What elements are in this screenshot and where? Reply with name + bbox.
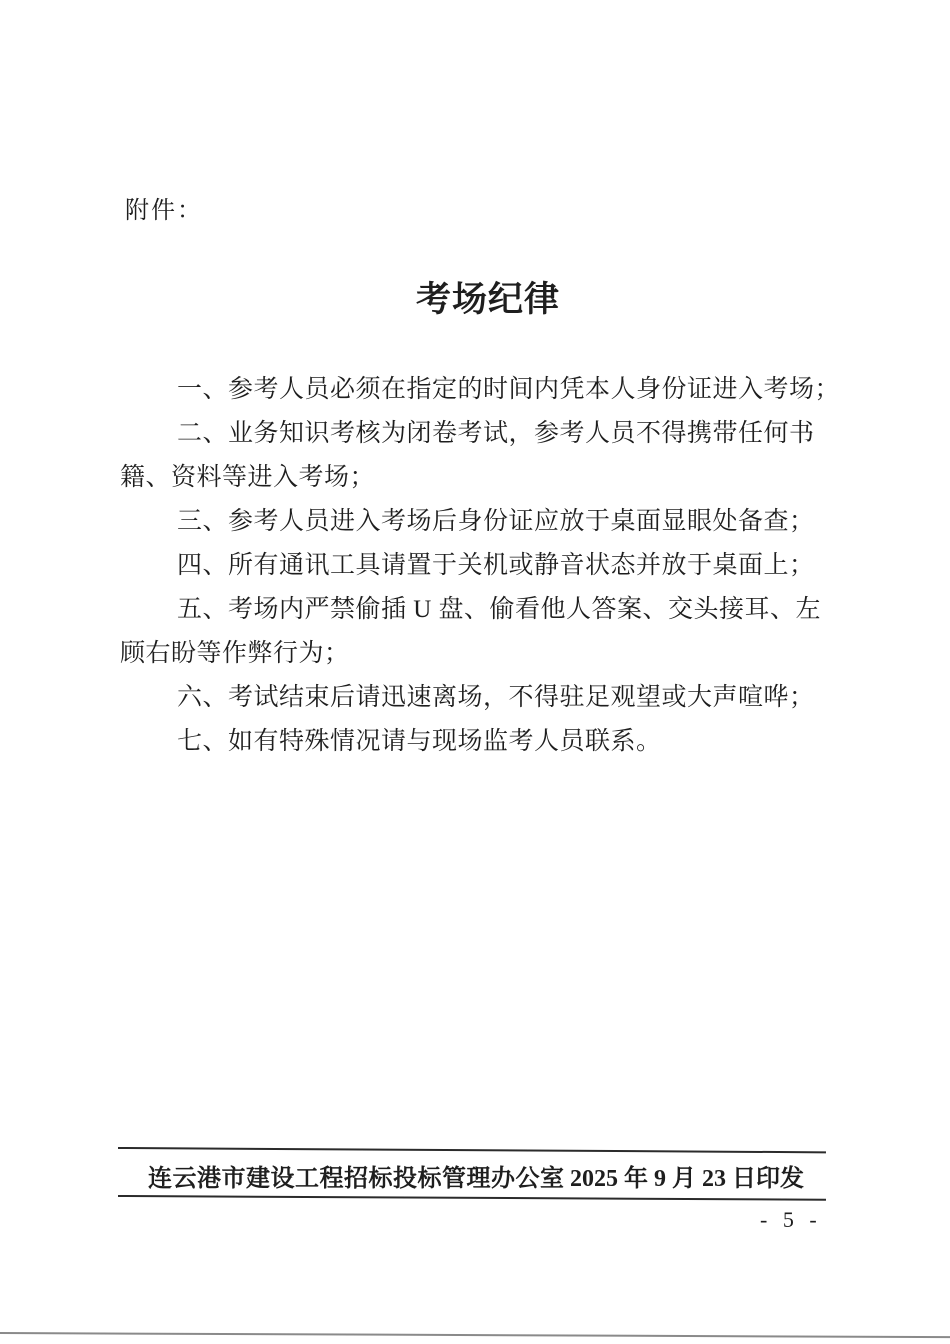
rules-body: 一、参考人员必须在指定的时间内凭本人身份证进入考场； 二、业务知识考核为闭卷考试… [120,368,836,764]
issuer-name: 连云港市建设工程招标投标管理办公室 [118,1158,565,1193]
rule-line-7: 七、如有特殊情况请与现场监考人员联系。 [120,720,836,764]
rule-line-4: 四、所有通讯工具请置于关机或静音状态并放于桌面上； [120,544,836,588]
rule-line-2: 二、业务知识考核为闭卷考试，参考人员不得携带任何书 [120,412,836,456]
rule-line-6: 六、考试结束后请迅速离场，不得驻足观望或大声喧哗； [120,676,836,720]
rule-line-1: 一、参考人员必须在指定的时间内凭本人身份证进入考场； [120,368,836,412]
footer-row: 连云港市建设工程招标投标管理办公室 2025 年 9 月 23 日印发 [118,1157,826,1193]
rule-line-2-wrap: 籍、资料等进入考场； [120,456,836,500]
attachment-label: 附件： [125,190,203,225]
rule-line-5: 五、考场内严禁偷插 U 盘、偷看他人答案、交头接耳、左 [120,588,836,632]
page-number: - 5 - [760,1207,822,1233]
page-title: 考场纪律 [120,272,856,322]
scan-edge-line [0,1332,950,1338]
document-page: 附件： 考场纪律 一、参考人员必须在指定的时间内凭本人身份证进入考场； 二、业务… [0,0,950,1344]
rule-line-5-wrap: 顾右盼等作弊行为； [120,632,836,676]
footer-rule-bottom [118,1195,826,1201]
rule-line-3: 三、参考人员进入考场后身份证应放于桌面显眼处备查； [120,500,836,544]
footer-rule-top [118,1147,826,1153]
print-date: 2025 年 9 月 23 日印发 [570,1158,826,1193]
